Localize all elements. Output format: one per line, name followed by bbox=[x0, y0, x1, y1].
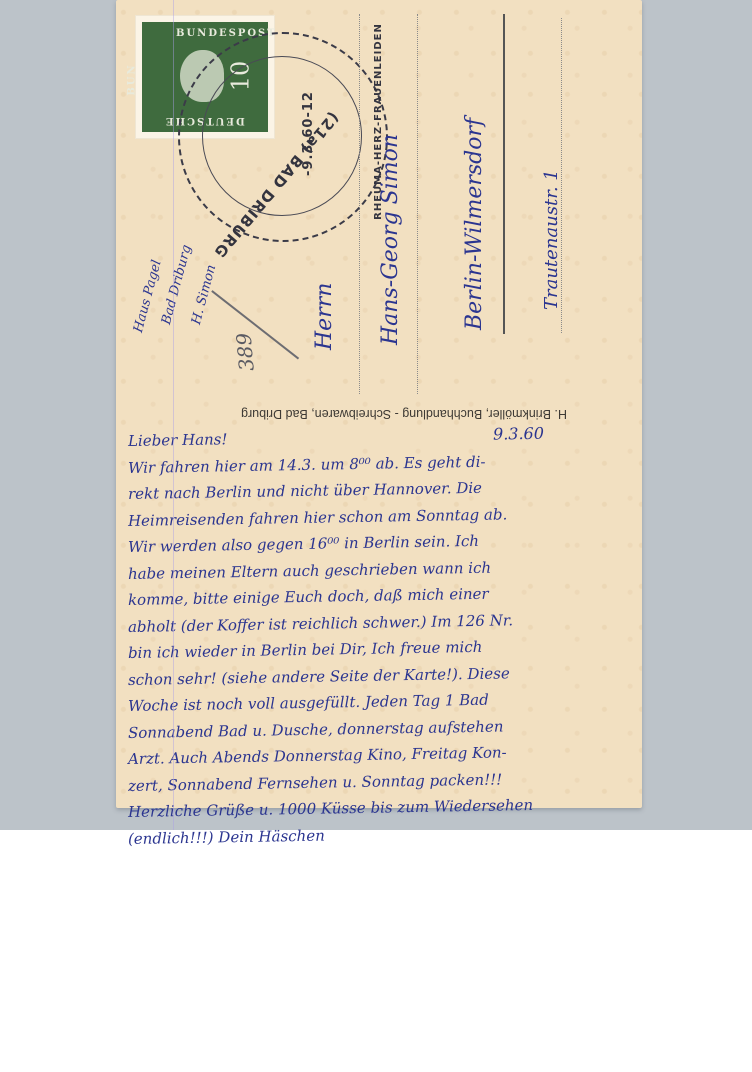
printer-imprint: H. Brinkmöller, Buchhandlung - Schreibwa… bbox=[176, 407, 632, 421]
postcard: BUNDESPOST BUN DEUTSCHE 10 (21a) BAD DRI… bbox=[116, 0, 642, 808]
address-city: Berlin-Wilmersdorf bbox=[462, 118, 487, 330]
pencil-note: 389 bbox=[231, 332, 258, 372]
address-salutation: Herrn bbox=[312, 283, 337, 350]
message-body: Wir fahren hier am 14.3. um 8⁰⁰ ab. Es g… bbox=[128, 455, 628, 853]
postmark: (21a) BAD DRIBURG RHEUMA-HERZ-FRAUENLEID… bbox=[178, 32, 388, 242]
address-underline bbox=[503, 14, 505, 334]
address-dotted-line bbox=[359, 14, 360, 394]
scan-artifact-line bbox=[173, 0, 174, 830]
message-greeting: Lieber Hans! bbox=[128, 426, 228, 454]
handwritten-message: Lieber Hans! 9.3.60 Wir fahren hier am 1… bbox=[128, 428, 628, 852]
sender-line: Haus Pagel bbox=[130, 258, 167, 334]
address-name: Hans-Georg Simon bbox=[378, 134, 403, 345]
stamp-left-text: BUN bbox=[127, 63, 138, 95]
postmark-date: -9.3.60-12 bbox=[301, 91, 316, 176]
message-date: 9.3.60 bbox=[493, 421, 544, 448]
address-dotted-line bbox=[417, 14, 418, 394]
address-street: Trautenaustr. 1 bbox=[541, 169, 562, 310]
